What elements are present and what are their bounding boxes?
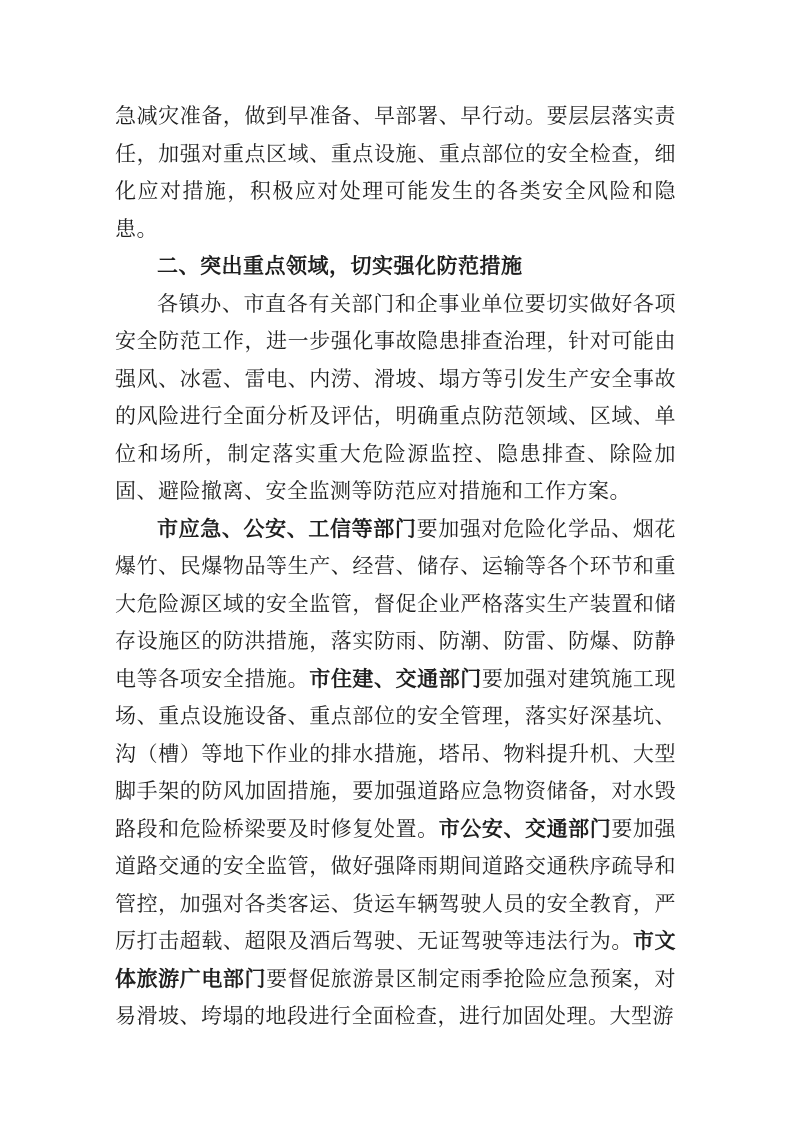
paragraph-carryover: 急减灾准备，做到早准备、早部署、早行动。要层层落实责任，加强对重点区域、重点设施… — [115, 98, 676, 248]
document-page: 急减灾准备，做到早准备、早部署、早行动。要层层落实责任，加强对重点区域、重点设施… — [0, 0, 793, 1122]
document-body: 急减灾准备，做到早准备、早部署、早行动。要层层落实责任，加强对重点区域、重点设施… — [115, 98, 676, 1036]
paragraph-department-duties: 市应急、公安、工信等部门要加强对危险化学品、烟花爆竹、民爆物品等生产、经营、储存… — [115, 511, 676, 1036]
paragraph-general-requirements: 各镇办、市直各有关部门和企事业单位要切实做好各项安全防范工作，进一步强化事故隐患… — [115, 286, 676, 511]
text-run: 要加强对建筑施工现场、重点设施设备、重点部位的安全管理，落实好深基坑、沟（槽）等… — [115, 667, 676, 841]
department-name-emphasis: 市公安、交通部门 — [439, 818, 612, 841]
text-run: 各镇办、市直各有关部门和企事业单位要切实做好各项安全防范工作，进一步强化事故隐患… — [115, 292, 676, 504]
section-heading: 二、突出重点领域，切实强化防范措施 — [115, 248, 676, 286]
text-run: 急减灾准备，做到早准备、早部署、早行动。要层层落实责任，加强对重点区域、重点设施… — [115, 104, 676, 241]
department-name-emphasis: 市住建、交通部门 — [309, 668, 482, 691]
department-name-emphasis: 市应急、公安、工信等部门 — [157, 518, 417, 541]
text-run: 要加强对危险化学品、烟花爆竹、民爆物品等生产、经营、储存、运输等各个环节和重大危… — [115, 517, 676, 691]
section-heading-text: 二、突出重点领域，切实强化防范措施 — [157, 255, 523, 278]
